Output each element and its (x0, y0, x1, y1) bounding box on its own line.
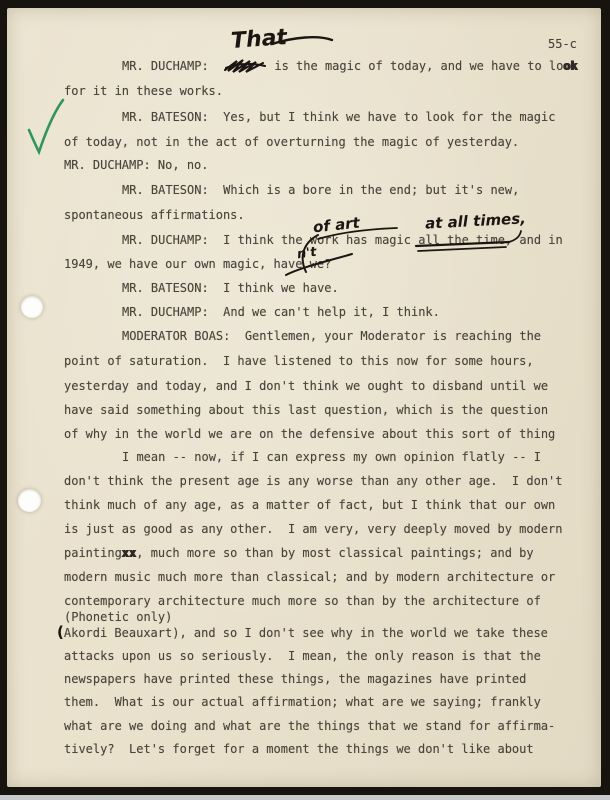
transcript-line: is just as good as any other. I am very,… (64, 522, 563, 536)
transcript-line: (Phonetic only) (64, 610, 172, 624)
line-segment: , much more so than by most classical pa… (136, 546, 533, 560)
transcript-line: MR. BATESON: I think we have. (122, 281, 339, 295)
overstruck-letters: xx (122, 546, 136, 560)
transcript-line: MODERATOR BOAS: Gentlemen, your Moderato… (122, 329, 541, 343)
ink-scribble (223, 60, 267, 72)
transcript-line: point of saturation. I have listened to … (64, 354, 534, 368)
handwritten-paren: ( (57, 623, 64, 641)
transcript-line: of why in the world we are on the defens… (64, 427, 555, 441)
transcript-line: MR. BATESON: Yes, but I think we have to… (122, 110, 555, 124)
transcript-line: newspapers have printed these things, th… (64, 672, 526, 686)
scanned-transcript-page: 55-c MR. DUCHAMP: is the magic of today,… (0, 0, 610, 800)
transcript-line: attacks upon us so seriously. I mean, th… (64, 649, 541, 663)
transcript-line: MR. BATESON: Which is a bore in the end;… (122, 183, 519, 197)
transcript-line: have said something about this last ques… (64, 403, 548, 417)
transcript-line: modern music much more than classical; a… (64, 570, 555, 584)
line-segment: painting (64, 546, 122, 560)
punch-hole (21, 296, 43, 318)
transcript-line: (Akordi Beauxart), and so I don't see wh… (57, 625, 548, 640)
transcript-line: MR. DUCHAMP: No, no. (64, 158, 209, 172)
transcript-line: for it in these works. (64, 84, 223, 98)
line-segment: MR. DUCHAMP: I think the work has magic (122, 233, 418, 247)
transcript-line: paintingxx, much more so than by most cl… (64, 546, 534, 560)
line-segment: , and in (505, 233, 563, 247)
handwritten-that: That (230, 25, 288, 54)
handwritten-nt: n't (296, 245, 317, 263)
transcript-line: MR. DUCHAMP: is the magic of today, and … (122, 59, 578, 73)
scan-bottom-strip (0, 795, 610, 800)
transcript-line: spontaneous affirmations. (64, 208, 245, 222)
overstruck-letters: ok (563, 59, 577, 73)
transcript-line: 1949, we have our own magic, have we? (64, 257, 331, 271)
transcript-line: I mean -- now, if I can express my own o… (122, 450, 541, 464)
line-segment: Akordi Beauxart), and so I don't see why… (64, 626, 548, 640)
line-segment: 1949, we have our own magic, have (64, 257, 310, 271)
transcript-line: think much of any age, as a matter of fa… (64, 498, 555, 512)
punch-hole (18, 489, 41, 512)
transcript-line: them. What is our actual affirmation; wh… (64, 695, 541, 709)
line-segment: MR. DUCHAMP: (122, 59, 223, 73)
paper-sheet (7, 8, 601, 787)
transcript-line: contemporary architecture much more so t… (64, 594, 541, 608)
page-number: 55-c (548, 37, 577, 51)
transcript-line: what are we doing and what are the thing… (64, 719, 555, 733)
transcript-line: don't think the present age is any worse… (64, 474, 563, 488)
line-segment: is the magic of today, and we have to lo (267, 59, 563, 73)
transcript-line: MR. DUCHAMP: And we can't help it, I thi… (122, 305, 440, 319)
transcript-line: MR. DUCHAMP: I think the work has magic … (122, 233, 563, 247)
transcript-line: yesterday and today, and I don't think w… (64, 379, 548, 393)
transcript-line: of today, not in the act of overturning … (64, 135, 519, 149)
struck-text: all the time (418, 233, 505, 247)
transcript-line: tively? Let's forget for a moment the th… (64, 742, 534, 756)
